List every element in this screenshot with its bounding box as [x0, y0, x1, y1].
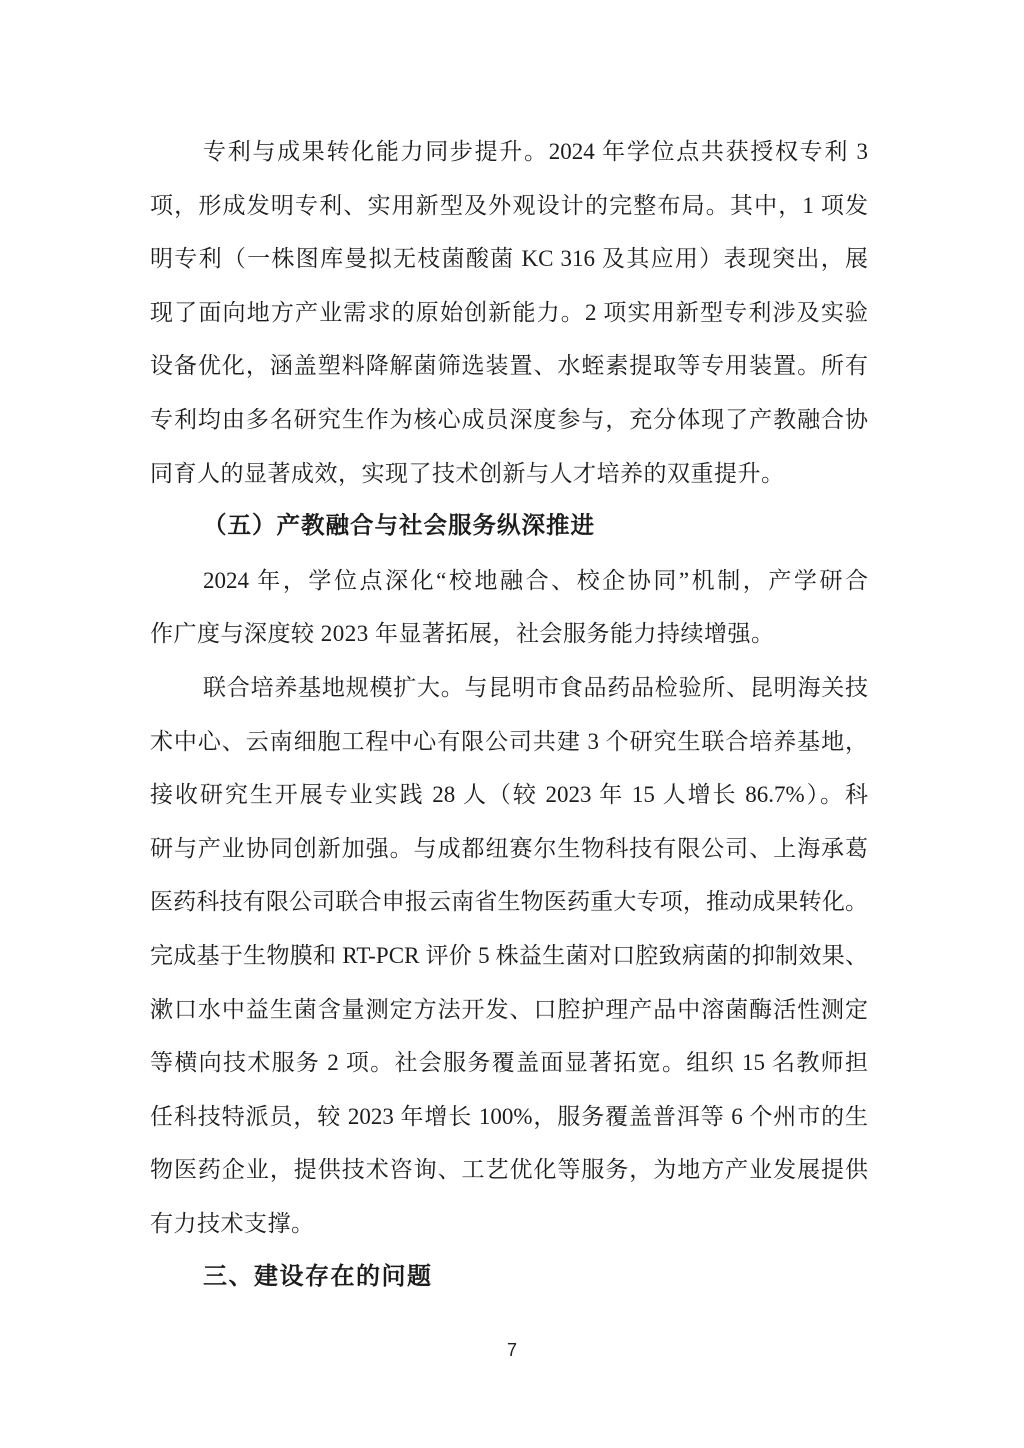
paragraph-line: 作广度与深度较 2023 年显著拓展，社会服务能力持续增强。 [150, 607, 868, 661]
paragraph-line: 同育人的显著成效，实现了技术创新与人才培养的双重提升。 [150, 447, 868, 501]
paragraph-line: 研与产业协同创新加强。与成都纽赛尔生物科技有限公司、上海承葛 [150, 822, 868, 876]
paragraph-line: 等横向技术服务 2 项。社会服务覆盖面显著拓宽。组织 15 名教师担 [150, 1036, 868, 1090]
paragraph-line: 医药科技有限公司联合申报云南省生物医药重大专项，推动成果转化。 [150, 875, 868, 929]
paragraph-line: 现了面向地方产业需求的原始创新能力。2 项实用新型专利涉及实验 [150, 286, 868, 340]
paragraph-line: 有力技术支撑。 [150, 1197, 868, 1251]
section-heading: （五）产教融合与社会服务纵深推进 [150, 500, 868, 554]
paragraph-line: 术中心、云南细胞工程中心有限公司共建 3 个研究生联合培养基地， [150, 715, 868, 769]
paragraph-line: 联合培养基地规模扩大。与昆明市食品药品检验所、昆明海关技 [150, 661, 868, 715]
paragraph-line: 接收研究生开展专业实践 28 人（较 2023 年 15 人增长 86.7%）。… [150, 768, 868, 822]
paragraph-line: 专利与成果转化能力同步提升。2024 年学位点共获授权专利 3 [150, 125, 868, 179]
chapter-heading: 三、建设存在的问题 [150, 1250, 868, 1304]
paragraph-line: 漱口水中益生菌含量测定方法开发、口腔护理产品中溶菌酶活性测定 [150, 983, 868, 1037]
paragraph-line: 任科技特派员，较 2023 年增长 100%，服务覆盖普洱等 6 个州市的生 [150, 1090, 868, 1144]
paragraph-line: 物医药企业，提供技术咨询、工艺优化等服务，为地方产业发展提供 [150, 1143, 868, 1197]
paragraph-line: 完成基于生物膜和 RT-PCR 评价 5 株益生菌对口腔致病菌的抑制效果、 [150, 929, 868, 983]
paragraph-line: 设备优化，涵盖塑料降解菌筛选装置、水蛭素提取等专用装置。所有 [150, 339, 868, 393]
paragraph-line: 专利均由多名研究生作为核心成员深度参与，充分体现了产教融合协 [150, 393, 868, 447]
paragraph-line: 2024 年，学位点深化“校地融合、校企协同”机制，产学研合 [150, 554, 868, 608]
paragraph-line: 项，形成发明专利、实用新型及外观设计的完整布局。其中，1 项发 [150, 179, 868, 233]
document-body: 专利与成果转化能力同步提升。2024 年学位点共获授权专利 3 项，形成发明专利… [150, 125, 868, 1304]
document-page: 专利与成果转化能力同步提升。2024 年学位点共获授权专利 3 项，形成发明专利… [0, 0, 1024, 1448]
page-number: 7 [0, 1340, 1024, 1361]
paragraph-line: 明专利（一株图库曼拟无枝菌酸菌 KC 316 及其应用）表现突出，展 [150, 232, 868, 286]
